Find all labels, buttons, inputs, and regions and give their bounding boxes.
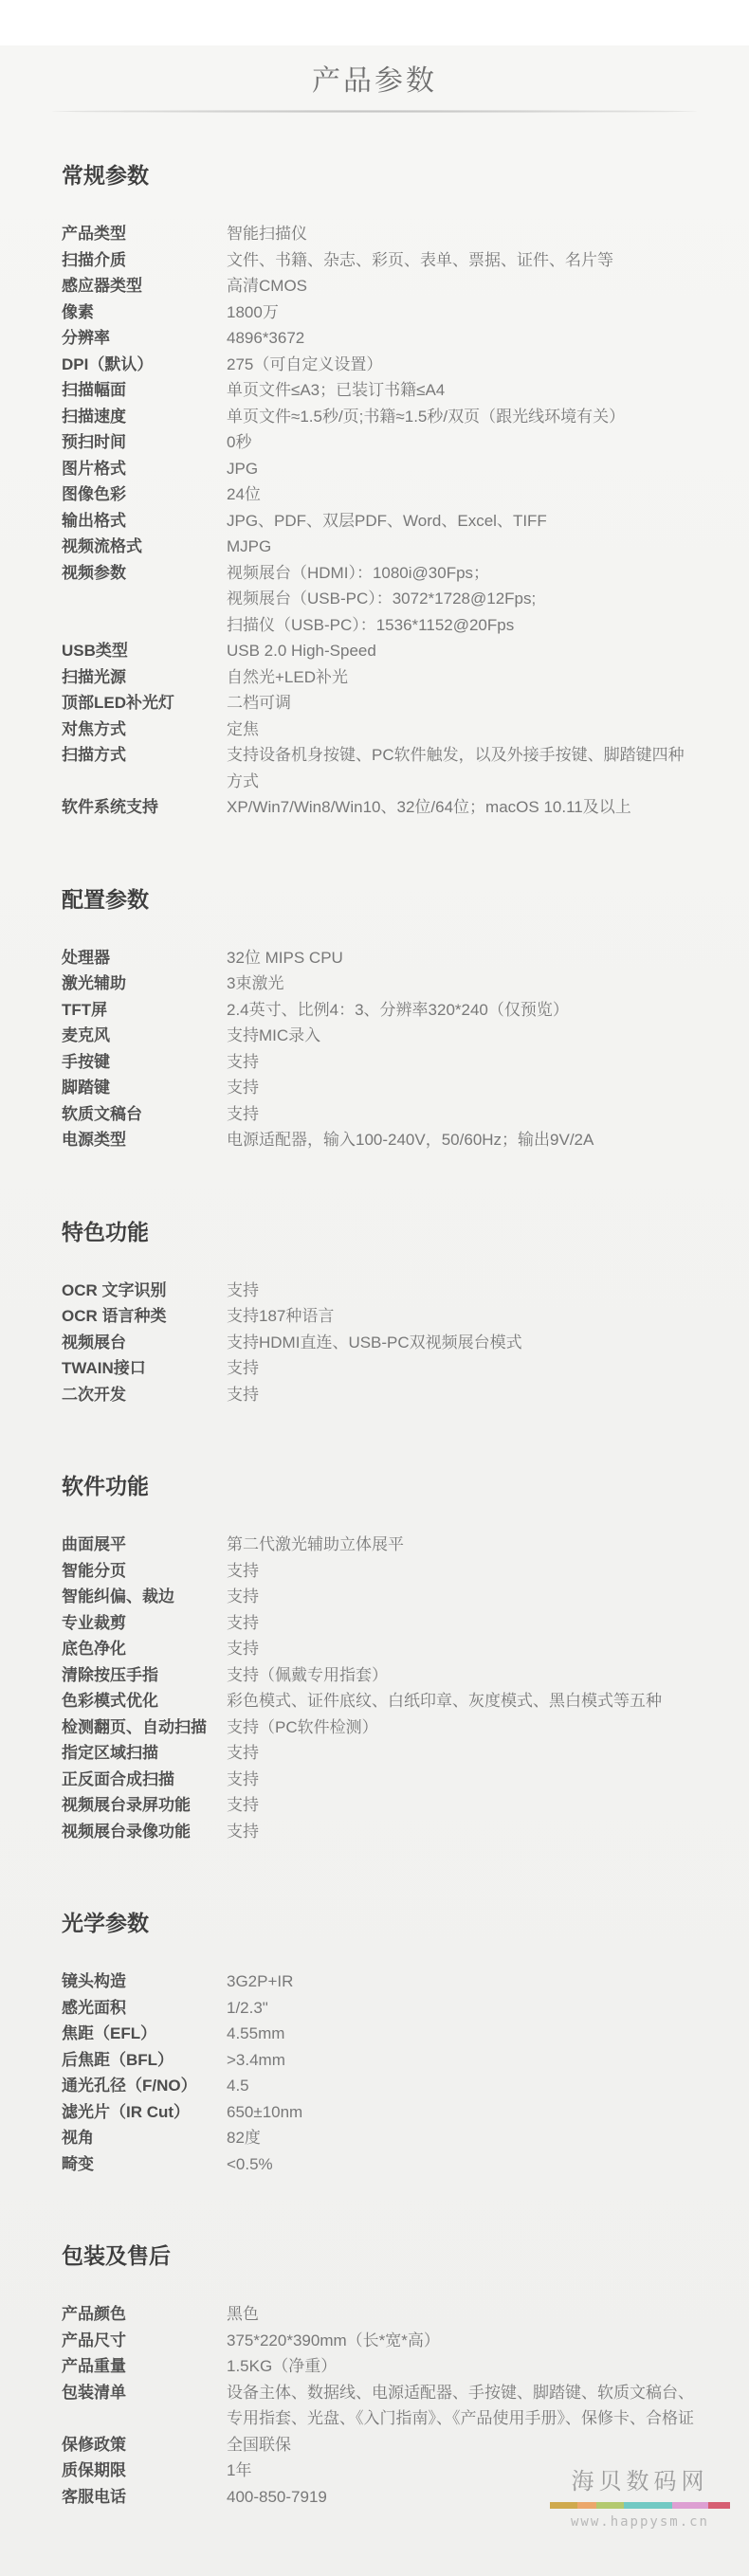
spec-row: 正反面合成扫描支持 <box>62 1767 700 1793</box>
spec-row: 指定区域扫描支持 <box>62 1740 700 1767</box>
brand-stripe-icon <box>550 2502 730 2509</box>
spec-row: 底色净化支持 <box>62 1636 700 1662</box>
spec-value: 文件、书籍、杂志、彩页、表单、票据、证件、名片等 <box>227 247 700 274</box>
spec-rows: 曲面展平第二代激光辅助立体展平智能分页支持智能纠偏、裁边支持专业裁剪支持底色净化… <box>62 1532 700 1844</box>
spec-label: 对焦方式 <box>62 717 227 743</box>
spec-label: 检测翻页、自动扫描 <box>62 1714 227 1741</box>
spec-label: DPI（默认） <box>62 352 227 378</box>
spec-row: 视频展台支持HDMI直连、USB-PC双视频展台模式 <box>62 1330 700 1356</box>
spec-value: 彩色模式、证件底纹、白纸印章、灰度模式、黑白模式等五种 <box>227 1688 700 1714</box>
spec-row: 处理器32位 MIPS CPU <box>62 945 700 971</box>
spec-value: XP/Win7/Win8/Win10、32位/64位；macOS 10.11及以… <box>227 794 700 821</box>
spec-value: 支持 <box>227 1075 700 1101</box>
spec-label: 图像色彩 <box>62 481 227 508</box>
spec-value: 支持 <box>227 1610 700 1637</box>
spec-row: 二次开发支持 <box>62 1382 700 1408</box>
spec-row: 镜头构造3G2P+IR <box>62 1968 700 1995</box>
spec-label: 像素 <box>62 299 227 326</box>
spec-row: 智能分页支持 <box>62 1558 700 1585</box>
spec-row: 产品尺寸375*220*390mm（长*宽*高） <box>62 2328 700 2354</box>
spec-label: 预扫时间 <box>62 429 227 456</box>
spec-row: TWAIN接口支持 <box>62 1355 700 1382</box>
spec-value: 高清CMOS <box>227 273 700 299</box>
spec-label: 视频展台 <box>62 1330 227 1356</box>
spec-label: 扫描速度 <box>62 404 227 430</box>
brand-stripe-segment <box>596 2502 624 2509</box>
spec-label: 麦克风 <box>62 1023 227 1049</box>
spec-value: <0.5% <box>227 2151 700 2178</box>
spec-label: 包装清单 <box>62 2380 227 2406</box>
section-heading: 软件功能 <box>62 1472 700 1500</box>
spec-value: 第二代激光辅助立体展平 <box>227 1532 700 1558</box>
spec-row: 保修政策全国联保 <box>62 2432 700 2458</box>
spec-row: 扫描介质文件、书籍、杂志、彩页、表单、票据、证件、名片等 <box>62 247 700 274</box>
spec-label: 质保期限 <box>62 2458 227 2484</box>
spec-value: 二档可调 <box>227 690 700 717</box>
spec-row: 顶部LED补光灯二档可调 <box>62 690 700 717</box>
brand-stripe-segment <box>708 2502 730 2509</box>
spec-section: 光学参数镜头构造3G2P+IR感光面积1/2.3"焦距（EFL）4.55mm后焦… <box>62 1909 700 2177</box>
spec-value: 1.5KG（净重） <box>227 2353 700 2380</box>
title-divider <box>52 110 697 113</box>
spec-label: 扫描幅面 <box>62 377 227 404</box>
spec-label: 脚踏键 <box>62 1075 227 1101</box>
product-spec-page: 产品参数 常规参数产品类型智能扫描仪扫描介质文件、书籍、杂志、彩页、表单、票据、… <box>0 0 749 2576</box>
spec-label: 正反面合成扫描 <box>62 1767 227 1793</box>
spec-rows: 镜头构造3G2P+IR感光面积1/2.3"焦距（EFL）4.55mm后焦距（BF… <box>62 1968 700 2177</box>
spec-label: OCR 文字识别 <box>62 1278 227 1304</box>
spec-row: 通光孔径（F/NO）4.5 <box>62 2073 700 2099</box>
spec-label: 软件系统支持 <box>62 794 227 821</box>
spec-value: 支持 <box>227 1740 700 1767</box>
spec-value: USB 2.0 High-Speed <box>227 638 700 664</box>
spec-row: 软质文稿台支持 <box>62 1101 700 1128</box>
section-heading: 包装及售后 <box>62 2241 700 2270</box>
spec-value: 支持（PC软件检测） <box>227 1714 700 1741</box>
spec-sections: 常规参数产品类型智能扫描仪扫描介质文件、书籍、杂志、彩页、表单、票据、证件、名片… <box>0 161 749 2510</box>
spec-label: TWAIN接口 <box>62 1355 227 1382</box>
spec-label: 激光辅助 <box>62 971 227 997</box>
spec-value: 自然光+LED补光 <box>227 664 700 691</box>
spec-value: 支持 <box>227 1278 700 1304</box>
spec-label: 顶部LED补光灯 <box>62 690 227 717</box>
spec-row: 视频展台录屏功能支持 <box>62 1792 700 1819</box>
spec-label: 二次开发 <box>62 1382 227 1408</box>
brand-stripe-segment <box>577 2502 597 2509</box>
spec-row: 扫描方式支持设备机身按键、PC软件触发，以及外接手按键、脚踏键四种方式 <box>62 742 700 794</box>
spec-row: 色彩模式优化彩色模式、证件底纹、白纸印章、灰度模式、黑白模式等五种 <box>62 1688 700 1714</box>
brand-stripe-segment <box>550 2502 577 2509</box>
spec-rows: OCR 文字识别支持OCR 语言种类支持187种语言视频展台支持HDMI直连、U… <box>62 1278 700 1408</box>
spec-label: 扫描介质 <box>62 247 227 274</box>
spec-value: 支持 <box>227 1049 700 1076</box>
spec-value: 0秒 <box>227 429 700 456</box>
spec-section: 特色功能OCR 文字识别支持OCR 语言种类支持187种语言视频展台支持HDMI… <box>62 1218 700 1408</box>
spec-label: 客服电话 <box>62 2484 227 2511</box>
spec-row: 视角82度 <box>62 2125 700 2151</box>
spec-value: 650±10nm <box>227 2099 700 2126</box>
spec-row: 焦距（EFL）4.55mm <box>62 2021 700 2047</box>
spec-value: 82度 <box>227 2125 700 2151</box>
spec-value: 支持 <box>227 1767 700 1793</box>
spec-row: 滤光片（IR Cut）650±10nm <box>62 2099 700 2126</box>
spec-row: 产品重量1.5KG（净重） <box>62 2353 700 2380</box>
spec-row: 感应器类型高清CMOS <box>62 273 700 299</box>
content: 产品参数 常规参数产品类型智能扫描仪扫描介质文件、书籍、杂志、彩页、表单、票据、… <box>0 61 749 2510</box>
spec-label: 后焦距（BFL） <box>62 2047 227 2074</box>
spec-value: 智能扫描仪 <box>227 221 700 247</box>
spec-row: 专业裁剪支持 <box>62 1610 700 1637</box>
spec-label: 图片格式 <box>62 456 227 482</box>
spec-value: 1/2.3" <box>227 1995 700 2022</box>
spec-label: 产品尺寸 <box>62 2328 227 2354</box>
watermark-url: www.happysm.cn <box>550 2512 730 2532</box>
spec-row: 麦克风支持MIC录入 <box>62 1023 700 1049</box>
spec-label: 智能纠偏、裁边 <box>62 1584 227 1610</box>
spec-value: 支持 <box>227 1792 700 1819</box>
spec-label: 色彩模式优化 <box>62 1688 227 1714</box>
spec-label: 处理器 <box>62 945 227 971</box>
spec-value: 支持 <box>227 1382 700 1408</box>
spec-row: 扫描光源自然光+LED补光 <box>62 664 700 691</box>
spec-value: 3G2P+IR <box>227 1968 700 1995</box>
spec-value: 支持HDMI直连、USB-PC双视频展台模式 <box>227 1330 700 1356</box>
spec-row: 分辨率4896*3672 <box>62 325 700 352</box>
spec-value: 全国联保 <box>227 2432 700 2458</box>
spec-value: 设备主体、数据线、电源适配器、手按键、脚踏键、软质文稿台、专用指套、光盘、《入门… <box>227 2380 700 2432</box>
spec-value: 支持MIC录入 <box>227 1023 700 1049</box>
page-title: 产品参数 <box>0 61 749 102</box>
spec-row: 激光辅助3束激光 <box>62 971 700 997</box>
spec-label: 清除按压手指 <box>62 1662 227 1689</box>
spec-row: 检测翻页、自动扫描支持（PC软件检测） <box>62 1714 700 1741</box>
spec-value: 275（可自定义设置） <box>227 352 700 378</box>
spec-section: 软件功能曲面展平第二代激光辅助立体展平智能分页支持智能纠偏、裁边支持专业裁剪支持… <box>62 1472 700 1844</box>
brand-stripe-segment <box>624 2502 672 2509</box>
spec-value: 黑色 <box>227 2301 700 2328</box>
spec-row: 电源类型电源适配器，输入100-240V，50/60Hz；输出9V/2A <box>62 1127 700 1153</box>
spec-value: 电源适配器，输入100-240V，50/60Hz；输出9V/2A <box>227 1127 700 1153</box>
section-heading: 光学参数 <box>62 1909 700 1937</box>
spec-label: 曲面展平 <box>62 1532 227 1558</box>
top-white-band <box>0 0 749 45</box>
spec-label: 产品颜色 <box>62 2301 227 2328</box>
spec-row: 手按键支持 <box>62 1049 700 1076</box>
spec-value: 支持设备机身按键、PC软件触发，以及外接手按键、脚踏键四种方式 <box>227 742 700 794</box>
spec-label: 感光面积 <box>62 1995 227 2022</box>
spec-row: 感光面积1/2.3" <box>62 1995 700 2022</box>
spec-label: 焦距（EFL） <box>62 2021 227 2047</box>
spec-row: 图片格式JPG <box>62 456 700 482</box>
section-heading: 特色功能 <box>62 1218 700 1246</box>
spec-row: 包装清单设备主体、数据线、电源适配器、手按键、脚踏键、软质文稿台、专用指套、光盘… <box>62 2380 700 2432</box>
spec-value: 32位 MIPS CPU <box>227 945 700 971</box>
spec-value: 支持 <box>227 1584 700 1610</box>
spec-value: 视频展台（HDMI）：1080i@30Fps； 视频展台（USB-PC）：307… <box>227 560 700 639</box>
spec-value: 4.55mm <box>227 2021 700 2047</box>
watermark: 海贝数码网 www.happysm.cn <box>550 2466 730 2532</box>
spec-label: 指定区域扫描 <box>62 1740 227 1767</box>
spec-value: 4896*3672 <box>227 325 700 352</box>
spec-label: 手按键 <box>62 1049 227 1076</box>
spec-value: 定焦 <box>227 717 700 743</box>
section-heading: 常规参数 <box>62 161 700 190</box>
spec-rows: 产品类型智能扫描仪扫描介质文件、书籍、杂志、彩页、表单、票据、证件、名片等感应器… <box>62 221 700 821</box>
spec-value: JPG、PDF、双层PDF、Word、Excel、TIFF <box>227 508 700 535</box>
spec-label: 镜头构造 <box>62 1968 227 1995</box>
spec-value: 支持 <box>227 1101 700 1128</box>
spec-value: 单页文件≈1.5秒/页;书籍≈1.5秒/双页（跟光线环境有关） <box>227 404 700 430</box>
spec-label: 视频参数 <box>62 560 227 587</box>
spec-value: 支持（佩戴专用指套） <box>227 1662 700 1689</box>
spec-value: MJPG <box>227 534 700 560</box>
spec-row: 输出格式JPG、PDF、双层PDF、Word、Excel、TIFF <box>62 508 700 535</box>
spec-row: 预扫时间0秒 <box>62 429 700 456</box>
spec-row: 产品类型智能扫描仪 <box>62 221 700 247</box>
spec-label: 软质文稿台 <box>62 1101 227 1128</box>
spec-label: 专业裁剪 <box>62 1610 227 1637</box>
spec-value: 支持 <box>227 1558 700 1585</box>
brand-stripe-segment <box>672 2502 708 2509</box>
spec-label: 视频展台录屏功能 <box>62 1792 227 1819</box>
spec-row: 曲面展平第二代激光辅助立体展平 <box>62 1532 700 1558</box>
spec-value: 支持 <box>227 1636 700 1662</box>
spec-row: 视频流格式MJPG <box>62 534 700 560</box>
spec-row: TFT屏2.4英寸、比例4：3、分辨率320*240（仅预览） <box>62 997 700 1024</box>
spec-label: USB类型 <box>62 638 227 664</box>
spec-value: 1800万 <box>227 299 700 326</box>
spec-row: OCR 文字识别支持 <box>62 1278 700 1304</box>
watermark-site-name: 海贝数码网 <box>550 2466 730 2498</box>
spec-row: 后焦距（BFL）>3.4mm <box>62 2047 700 2074</box>
spec-row: 视频展台录像功能支持 <box>62 1819 700 1845</box>
spec-rows: 处理器32位 MIPS CPU激光辅助3束激光TFT屏2.4英寸、比例4：3、分… <box>62 945 700 1153</box>
spec-label: TFT屏 <box>62 997 227 1024</box>
spec-label: 底色净化 <box>62 1636 227 1662</box>
spec-value: 4.5 <box>227 2073 700 2099</box>
spec-value: 单页文件≤A3；已装订书籍≤A4 <box>227 377 700 404</box>
spec-section: 配置参数处理器32位 MIPS CPU激光辅助3束激光TFT屏2.4英寸、比例4… <box>62 885 700 1153</box>
spec-label: 分辨率 <box>62 325 227 352</box>
spec-label: OCR 语言种类 <box>62 1303 227 1330</box>
spec-row: 视频参数视频展台（HDMI）：1080i@30Fps； 视频展台（USB-PC）… <box>62 560 700 639</box>
spec-label: 通光孔径（F/NO） <box>62 2073 227 2099</box>
spec-label: 视角 <box>62 2125 227 2151</box>
spec-label: 滤光片（IR Cut） <box>62 2099 227 2126</box>
spec-row: 扫描幅面单页文件≤A3；已装订书籍≤A4 <box>62 377 700 404</box>
spec-row: 扫描速度单页文件≈1.5秒/页;书籍≈1.5秒/双页（跟光线环境有关） <box>62 404 700 430</box>
spec-label: 电源类型 <box>62 1127 227 1153</box>
spec-value: JPG <box>227 456 700 482</box>
section-heading: 配置参数 <box>62 885 700 914</box>
spec-label: 输出格式 <box>62 508 227 535</box>
spec-value: 2.4英寸、比例4：3、分辨率320*240（仅预览） <box>227 997 700 1024</box>
spec-label: 扫描光源 <box>62 664 227 691</box>
spec-label: 视频展台录像功能 <box>62 1819 227 1845</box>
spec-row: 像素1800万 <box>62 299 700 326</box>
spec-section: 常规参数产品类型智能扫描仪扫描介质文件、书籍、杂志、彩页、表单、票据、证件、名片… <box>62 161 700 821</box>
spec-row: DPI（默认）275（可自定义设置） <box>62 352 700 378</box>
spec-row: OCR 语言种类支持187种语言 <box>62 1303 700 1330</box>
spec-value: 3束激光 <box>227 971 700 997</box>
spec-label: 产品重量 <box>62 2353 227 2380</box>
spec-value: 支持 <box>227 1355 700 1382</box>
spec-value: 支持 <box>227 1819 700 1845</box>
spec-label: 产品类型 <box>62 221 227 247</box>
spec-label: 感应器类型 <box>62 273 227 299</box>
spec-row: 畸变<0.5% <box>62 2151 700 2178</box>
spec-label: 视频流格式 <box>62 534 227 560</box>
spec-value: 支持187种语言 <box>227 1303 700 1330</box>
spec-row: 清除按压手指支持（佩戴专用指套） <box>62 1662 700 1689</box>
spec-row: 图像色彩24位 <box>62 481 700 508</box>
spec-label: 智能分页 <box>62 1558 227 1585</box>
spec-value: >3.4mm <box>227 2047 700 2074</box>
spec-row: 智能纠偏、裁边支持 <box>62 1584 700 1610</box>
spec-row: 对焦方式定焦 <box>62 717 700 743</box>
spec-label: 畸变 <box>62 2151 227 2178</box>
spec-row: 产品颜色黑色 <box>62 2301 700 2328</box>
spec-row: 脚踏键支持 <box>62 1075 700 1101</box>
spec-row: 软件系统支持XP/Win7/Win8/Win10、32位/64位；macOS 1… <box>62 794 700 821</box>
spec-label: 扫描方式 <box>62 742 227 769</box>
spec-value: 24位 <box>227 481 700 508</box>
spec-value: 375*220*390mm（长*宽*高） <box>227 2328 700 2354</box>
spec-row: USB类型USB 2.0 High-Speed <box>62 638 700 664</box>
spec-label: 保修政策 <box>62 2432 227 2458</box>
